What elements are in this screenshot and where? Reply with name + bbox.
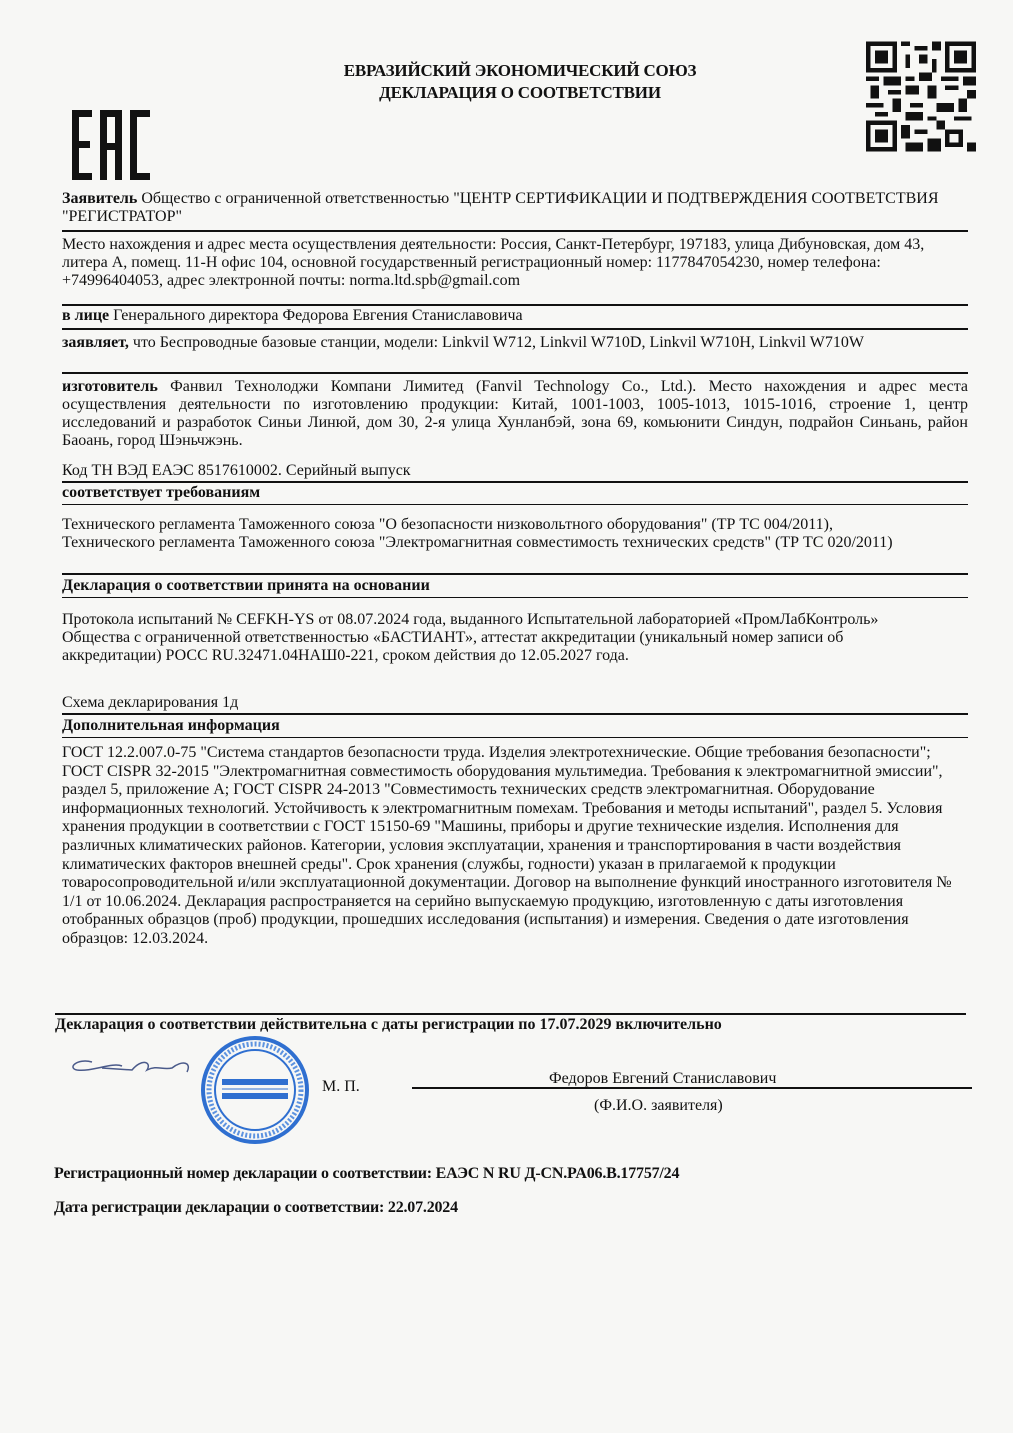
divider: [62, 304, 968, 306]
document-header: ЕВРАЗИЙСКИЙ ЭКОНОМИЧЕСКИЙ СОЮЗ ДЕКЛАРАЦИ…: [250, 60, 790, 104]
representative-section: в лице Генерального директора Федорова Е…: [62, 307, 968, 325]
divider: [62, 737, 968, 738]
validity-text: Декларация о соответствии действительна …: [55, 1016, 961, 1034]
declares-label: заявляет,: [62, 334, 129, 351]
declares-section: заявляет, что Беспроводные базовые станц…: [62, 334, 968, 352]
customs-code: Код ТН ВЭД ЕАЭС 8517610002. Серийный вып…: [62, 462, 482, 480]
representative-text: Генерального директора Федорова Евгения …: [113, 307, 522, 324]
declaration-title: ДЕКЛАРАЦИЯ О СООТВЕТСТВИИ: [250, 82, 790, 104]
qr-code-icon: [866, 40, 976, 153]
conforms-heading: соответствует требованиям: [62, 484, 968, 502]
eac-logo-icon: [72, 110, 152, 180]
signatory-caption: (Ф.И.О. заявителя): [594, 1097, 723, 1115]
stamp-place-label: М. П.: [322, 1078, 360, 1096]
divider: [62, 573, 968, 575]
divider: [62, 504, 968, 505]
applicant-section: Заявитель Общество с ограниченной ответс…: [62, 190, 968, 226]
customs-code-text: Код ТН ВЭД ЕАЭС 8517610002. Серийный вып…: [62, 462, 411, 479]
divider: [62, 597, 968, 598]
applicant-text: Общество с ограниченной ответственностью…: [62, 190, 939, 225]
signatory-name: Федоров Евгений Станиславович: [549, 1070, 776, 1088]
divider: [62, 713, 968, 715]
declaration-page: ЕВРАЗИЙСКИЙ ЭКОНОМИЧЕСКИЙ СОЮЗ ДЕКЛАРАЦИ…: [0, 0, 1013, 1433]
declares-text: что Беспроводные базовые станции, модели…: [133, 334, 864, 351]
registration-number: Регистрационный номер декларации о соотв…: [54, 1165, 679, 1183]
divider: [62, 328, 968, 330]
company-stamp-icon: [200, 1035, 310, 1145]
registration-date: Дата регистрации декларации о соответств…: [54, 1199, 458, 1217]
declaration-scheme: Схема декларирования 1д: [62, 694, 968, 712]
divider: [62, 481, 968, 483]
additional-heading: Дополнительная информация: [62, 717, 968, 735]
manufacturer-label: изготовитель: [62, 378, 158, 395]
basis-heading: Декларация о соответствии принята на осн…: [62, 577, 968, 595]
divider: [62, 230, 968, 232]
divider: [55, 1013, 966, 1015]
basis-text: Протокола испытаний № CEFKH-YS от 08.07.…: [62, 611, 942, 665]
address-text: Место нахождения и адрес места осуществл…: [62, 236, 924, 289]
signature-icon: [62, 1040, 212, 1090]
address-section: Место нахождения и адрес места осуществл…: [62, 236, 968, 290]
conforms-text: Технического регламента Таможенного союз…: [62, 516, 922, 552]
representative-label: в лице: [62, 307, 109, 324]
union-title: ЕВРАЗИЙСКИЙ ЭКОНОМИЧЕСКИЙ СОЮЗ: [250, 60, 790, 82]
manufacturer-section: изготовитель Фанвил Технолоджи Компани Л…: [62, 378, 968, 450]
applicant-label: Заявитель: [62, 190, 137, 207]
additional-text: ГОСТ 12.2.007.0-75 "Система стандартов б…: [62, 744, 957, 949]
manufacturer-text: Фанвил Технолоджи Компани Лимитед (Fanvi…: [62, 378, 968, 449]
divider: [62, 372, 968, 374]
